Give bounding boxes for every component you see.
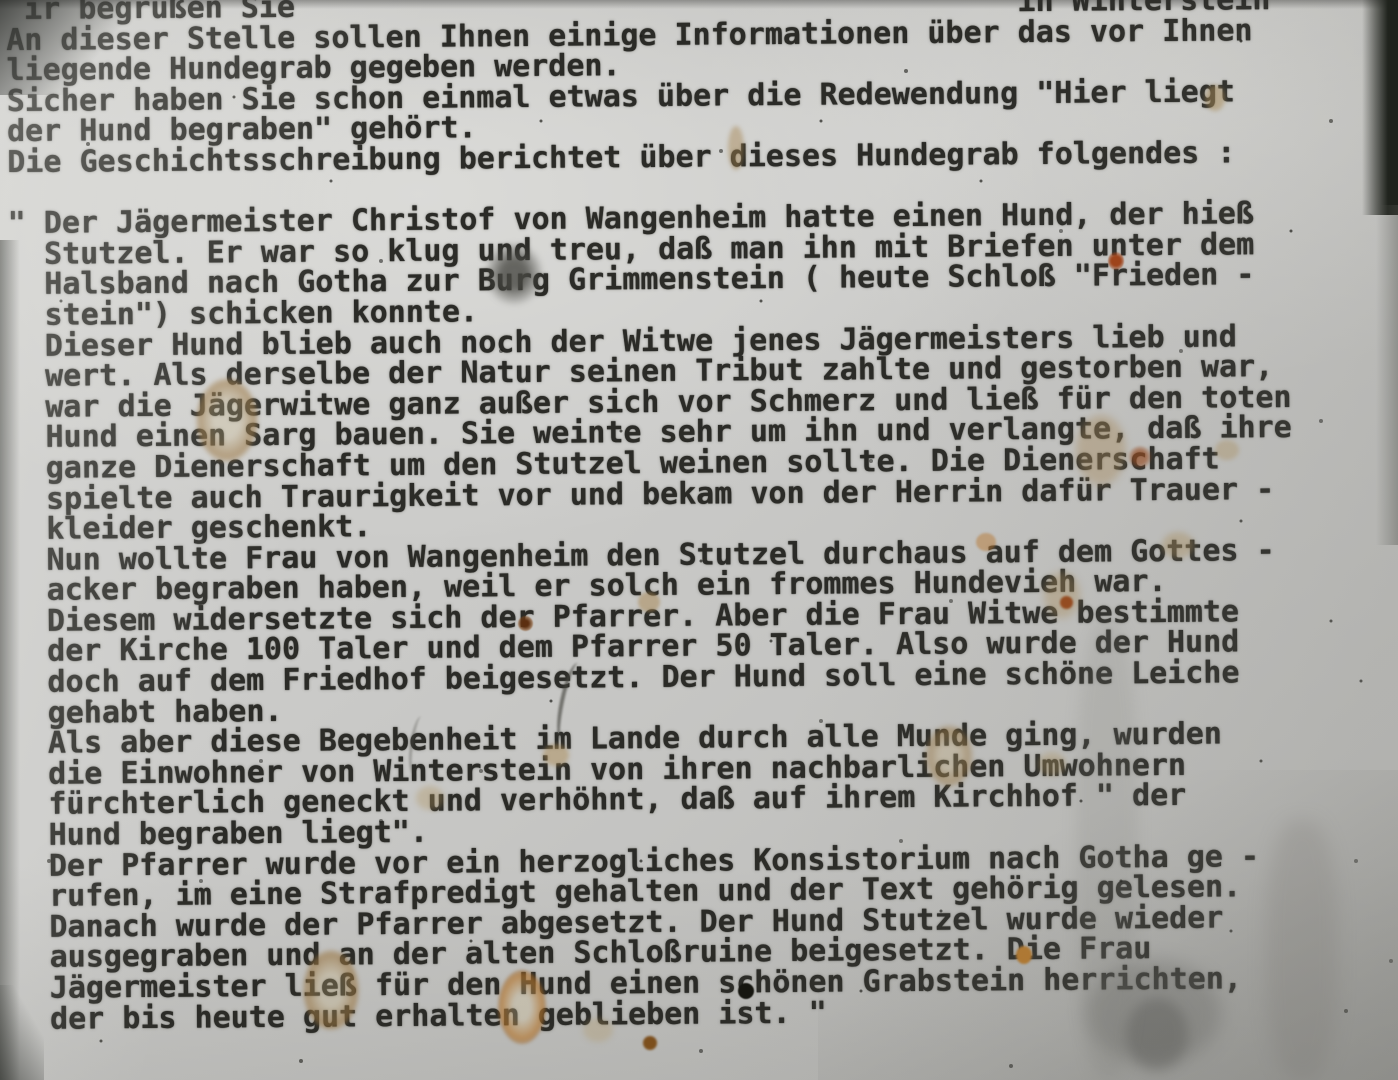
document-photo: ir begrüßen Sie in Winterstein An dieser… (0, 0, 1398, 1080)
typewritten-text: ir begrüßen Sie in Winterstein An dieser… (6, 0, 1297, 1035)
dust-speckles (0, 0, 2, 2)
